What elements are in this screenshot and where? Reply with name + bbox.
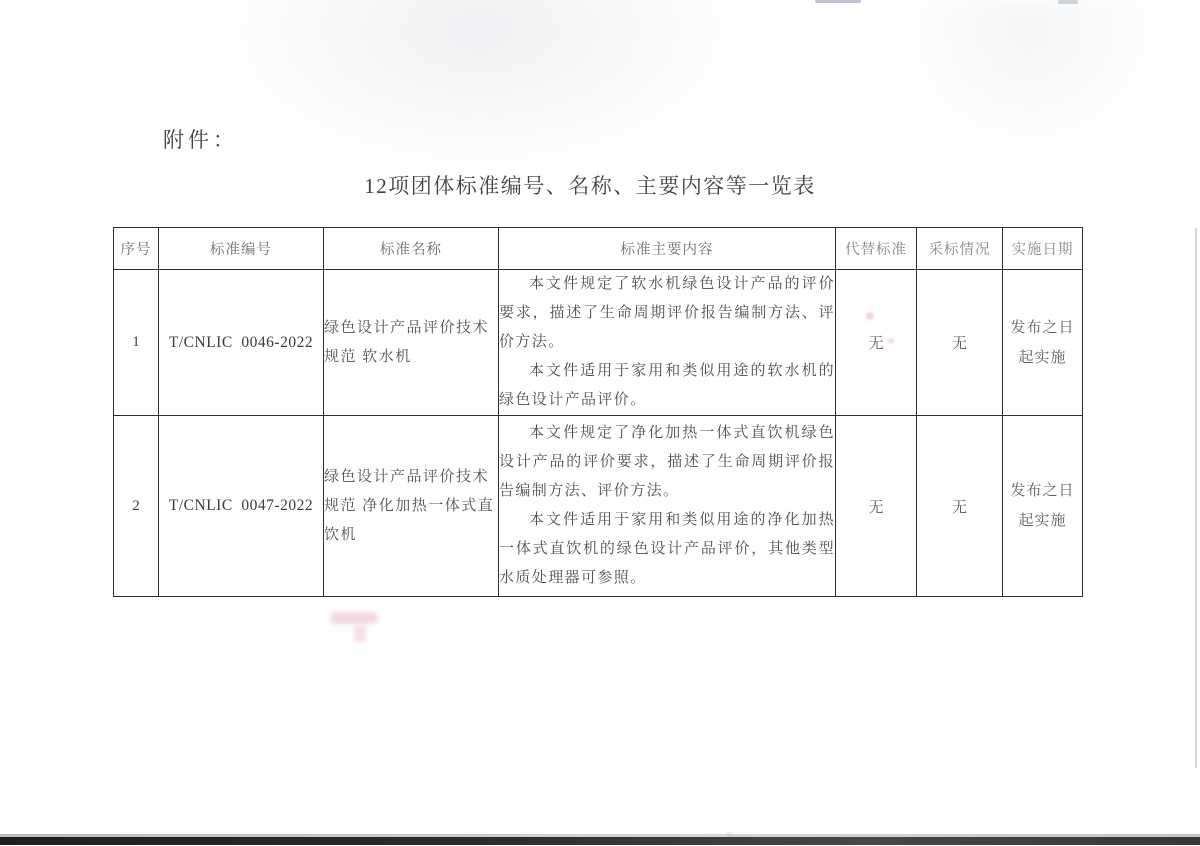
- table-header-row: 序号 标准编号 标准名称 标准主要内容 代替标准 采标情况 实施日期: [114, 228, 1083, 270]
- scan-edge-mark: [1058, 0, 1078, 4]
- header-standard-name: 标准名称: [324, 228, 499, 270]
- header-implementation-date: 实施日期: [1003, 228, 1083, 270]
- cell-adoption-status: 无: [917, 270, 1003, 416]
- scan-bottom-edge: [0, 837, 1200, 845]
- attachment-label: 附件：: [163, 124, 238, 154]
- content-paragraph: 本文件适用于家用和类似用途的净化加热一体式直饮机的绿色设计产品评价，其他类型水质…: [499, 506, 835, 593]
- cell-implementation-date: 发布之日起实施: [1003, 270, 1083, 416]
- content-paragraph: 本文件规定了软水机绿色设计产品的评价要求，描述了生命周期评价报告编制方法、评价方…: [499, 270, 835, 357]
- header-adoption-status: 采标情况: [917, 228, 1003, 270]
- content-paragraph: 本文件规定了净化加热一体式直饮机绿色设计产品的评价要求，描述了生命周期评价报告编…: [499, 419, 835, 506]
- header-main-content: 标准主要内容: [499, 228, 836, 270]
- table-row: 2 T/CNLIC 0047-2022 绿色设计产品评价技术规范 净化加热一体式…: [114, 416, 1083, 597]
- cell-standard-code: T/CNLIC 0046-2022: [159, 270, 324, 416]
- cell-serial-number: 2: [114, 416, 159, 597]
- cell-serial-number: 1: [114, 270, 159, 416]
- cell-standard-name: 绿色设计产品评价技术规范 净化加热一体式直饮机: [324, 416, 499, 597]
- cell-standard-code: T/CNLIC 0047-2022: [159, 416, 324, 597]
- cell-main-content: 本文件规定了软水机绿色设计产品的评价要求，描述了生命周期评价报告编制方法、评价方…: [499, 270, 836, 416]
- cell-replaced-standard: 无: [836, 270, 917, 416]
- scan-bottom-edge: [0, 834, 1200, 837]
- content-paragraph: 本文件适用于家用和类似用途的软水机的绿色设计产品评价。: [499, 357, 835, 415]
- scan-shadow-artifact: [900, 0, 1160, 150]
- pink-smudge-artifact: [354, 626, 366, 642]
- scanned-document-page: 附件： 12项团体标准编号、名称、主要内容等一览表 序号 标准编号 标准名称 标…: [0, 0, 1200, 846]
- document-title: 12项团体标准编号、名称、主要内容等一览表: [0, 170, 1180, 200]
- cell-adoption-status: 无: [917, 416, 1003, 597]
- cell-implementation-date: 发布之日起实施: [1003, 416, 1083, 597]
- pink-smudge-artifact: [330, 612, 378, 624]
- standards-table: 序号 标准编号 标准名称 标准主要内容 代替标准 采标情况 实施日期 1 T/C…: [113, 227, 1083, 597]
- cell-replaced-standard: 无: [836, 416, 917, 597]
- header-replaced-standard: 代替标准: [836, 228, 917, 270]
- header-standard-code: 标准编号: [159, 228, 324, 270]
- table-row: 1 T/CNLIC 0046-2022 绿色设计产品评价技术规范 软水机 本文件…: [114, 270, 1083, 416]
- scan-edge-mark: [815, 0, 861, 3]
- cell-main-content: 本文件规定了净化加热一体式直饮机绿色设计产品的评价要求，描述了生命周期评价报告编…: [499, 416, 836, 597]
- cell-standard-name: 绿色设计产品评价技术规范 软水机: [324, 270, 499, 416]
- page-edge-line: [1195, 228, 1197, 768]
- scan-shadow-artifact: [220, 0, 740, 170]
- pink-smudge-artifact: [726, 832, 733, 839]
- header-serial-number: 序号: [114, 228, 159, 270]
